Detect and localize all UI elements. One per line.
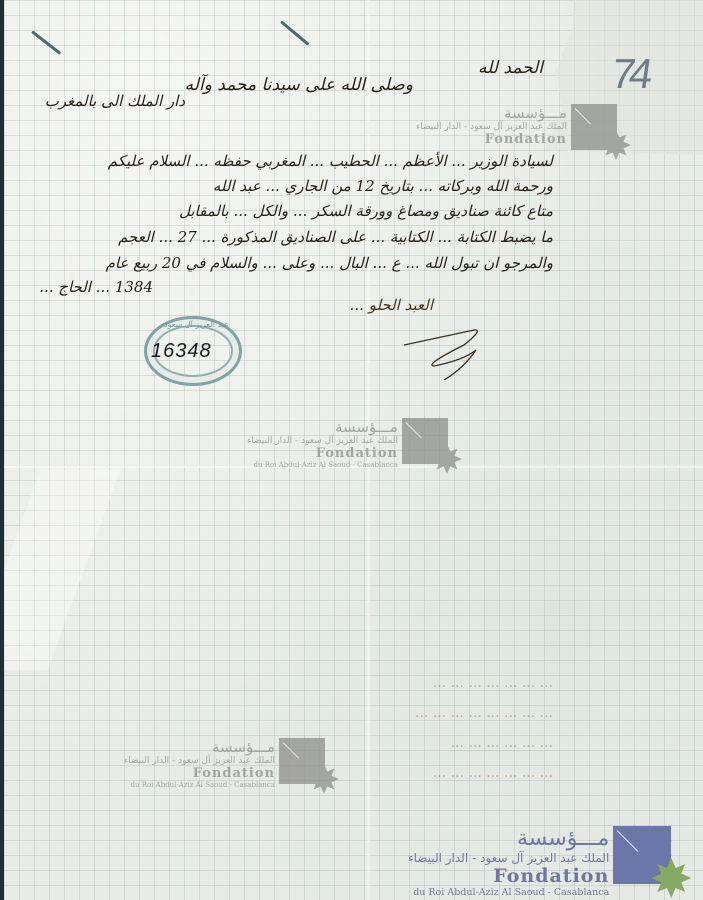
closing-sender: العبد الحلو ...	[350, 296, 433, 314]
foundation-watermark: مـــؤسسة الملك عبد العزيز آل سعود - الدا…	[124, 738, 325, 789]
foundation-logo-icon	[279, 738, 325, 784]
stamp-inscription: عبد العزيز آل سعود	[164, 320, 229, 329]
faded-line-2: ... ... ... ... ... ... ... ...	[415, 705, 553, 721]
foundation-watermark: مـــؤسسة الملك عبد العزيز آل سعود - الدا…	[247, 418, 448, 469]
faded-line-4: ... ... ... ... ... ... ...	[433, 765, 553, 781]
body-line-5: والمرجو ان تبول الله ... ع ... البال ...…	[106, 254, 553, 272]
watermark-arabic-subtitle: الملك عبد العزيز آل سعود - الدار البيضاء	[247, 436, 398, 446]
watermark-arabic-title: مـــؤسسة	[408, 826, 609, 851]
watermark-arabic-title: مـــؤسسة	[124, 738, 275, 756]
header-invocation: الحمد لله	[478, 58, 543, 78]
body-line-4: ما يضبط الكتابة ... الكتابية ... على الص…	[118, 228, 553, 246]
paper-fold	[4, 470, 120, 670]
watermark-french-title: Fondation	[416, 132, 567, 147]
foundation-watermark-color: مـــؤسسة الملك عبد العزيز آل سعود - الدا…	[408, 826, 671, 898]
body-line-3: متاع كائنة صناديق ومصاغ وورقة السكر ... …	[179, 202, 553, 220]
foundation-logo-icon	[402, 418, 448, 464]
staple-mark-icon	[280, 20, 310, 45]
watermark-arabic-title: مـــؤسسة	[247, 418, 398, 436]
stamp-number: 16348	[151, 340, 212, 363]
signature-scribble-icon	[404, 320, 494, 380]
watermark-french-title: Fondation	[247, 446, 398, 461]
watermark-arabic-subtitle: الملك عبد العزيز آل سعود - الدار البيضاء	[124, 756, 275, 766]
foundation-watermark: مـــؤسسة الملك عبد العزيز آل سعود - الدا…	[416, 104, 617, 150]
watermark-french-title: Fondation	[124, 766, 275, 781]
archive-page-number: 74	[609, 50, 650, 98]
faded-line-1: ... ... ... ... ... ... ...	[433, 675, 553, 691]
body-line-1: لسيادة الوزير ... الأعظم ... الحطيب ... …	[108, 152, 553, 170]
watermark-french-title: Fondation	[408, 865, 609, 887]
foundation-logo-icon	[613, 826, 671, 884]
foundation-logo-icon	[571, 104, 617, 150]
watermark-french-subtitle: du Roi Abdul-Aziz Al Saoud - Casablanca	[247, 461, 398, 469]
document-page: 74 الحمد لله وصلى الله على سيدنا محمد وآ…	[4, 0, 703, 900]
header-salutation: وصلى الله على سيدنا محمد وآله	[185, 75, 413, 95]
body-line-2: ورحمة الله وبركاته ... بتاريخ 12 من الجا…	[213, 177, 553, 195]
body-line-6-date: 1384 ... الحاج ...	[39, 278, 153, 296]
watermark-arabic-subtitle: الملك عبد العزيز آل سعود - الدار البيضاء	[408, 851, 609, 865]
staple-mark-icon	[31, 30, 61, 55]
watermark-arabic-subtitle: الملك عبد العزيز آل سعود - الدار البيضاء	[416, 122, 567, 132]
watermark-arabic-title: مـــؤسسة	[416, 104, 567, 122]
faded-line-3: ... ... ... ... ... ...	[451, 735, 553, 751]
watermark-french-subtitle: du Roi Abdul-Aziz Al Saoud - Casablanca	[124, 781, 275, 789]
header-place: دار الملك الى بالمغرب	[45, 92, 185, 110]
watermark-french-subtitle: du Roi Abdul-Aziz Al Saoud - Casablanca	[408, 887, 609, 898]
